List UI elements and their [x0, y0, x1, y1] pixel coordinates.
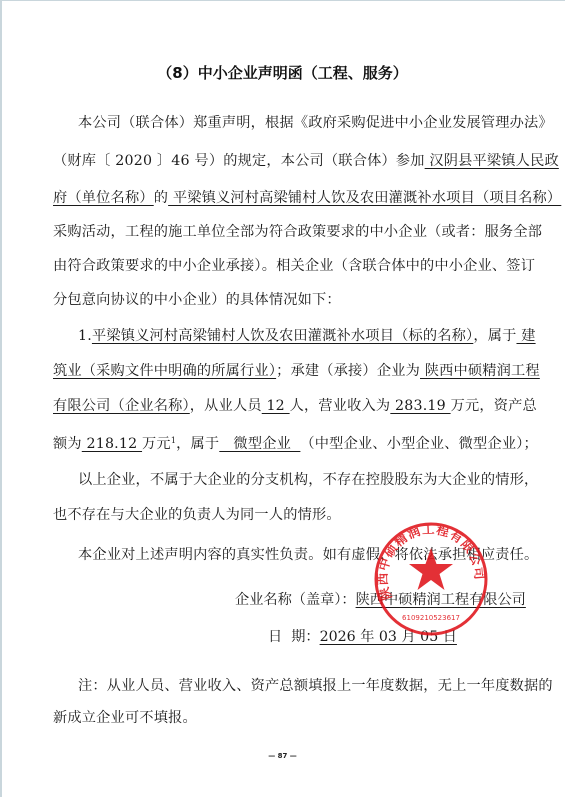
assets-value: 218.12	[82, 436, 142, 452]
date-value: 2026 年 03 月 05 日	[320, 629, 457, 645]
document-title: （8）中小企业声明函（工程、服务）	[0, 62, 565, 83]
paragraph-3: 本企业对上述声明内容的真实性负责。如有虚假，将依法承担相应责任。	[78, 545, 513, 565]
connector-text: 的	[154, 190, 168, 206]
paragraph-2-line-2: 也不存在与大企业的负责人为同一人的情形。	[53, 505, 513, 525]
paragraph-1-line-6: 分包意向协议的中小企业）的具体情况如下：	[53, 290, 513, 310]
industry-part1: 建	[516, 328, 535, 344]
date-label: 日 期：	[268, 629, 320, 645]
company-label: 企业名称（盖章）：	[235, 592, 356, 608]
item-number: 1.	[78, 328, 92, 344]
regulation-ref: （财库〔 2020 〕46 号）的规定，本公司（联合体）参加	[53, 153, 425, 169]
industry-part2: 筑业（采购文件中明确的所属行业）	[53, 363, 276, 379]
signature-company-line: 企业名称（盖章）：陕西中硕精润工程有限公司	[235, 590, 526, 610]
employees-unit: 人，营业收入为	[290, 398, 391, 414]
item-1-line-1: 1.平梁镇义河村高梁铺村人饮及农田灌溉补水项目（标的名称），属于 建	[78, 326, 513, 346]
paragraph-2-line-1: 以上企业，不属于大企业的分支机构，不存在控股股东为大企业的情形，	[78, 470, 513, 490]
assets-unit: 万元	[142, 436, 171, 452]
signature-date-line: 日 期：2026 年 03 月 05 日	[268, 627, 457, 647]
paragraph-1-line-1: 本公司（联合体）郑重声明，根据《政府采购促进中小企业发展管理办法》	[78, 113, 513, 133]
paragraph-1-line-2: （财库〔 2020 〕46 号）的规定，本公司（联合体）参加 汉阴县平梁镇人民政	[53, 151, 513, 171]
paragraph-1-line-4: 采购活动，工程的施工单位全部为符合政策要求的中小企业（或者：服务全部	[53, 222, 513, 242]
item-project-name: 平梁镇义河村高梁铺村人饮及农田灌溉补水项目（标的名称）	[92, 328, 473, 344]
note-line-1: 注：从业人员、营业收入、资产总额填报上一年度数据，无上一年度数据的	[78, 676, 513, 696]
revenue-unit: 万元，资产总	[451, 398, 537, 414]
item-1-line-4: 额为 218.12 万元1，属于 微型企业 （中型企业、小型企业、微型企业）；	[53, 431, 513, 454]
project-name: 平梁镇义河村高梁铺村人饮及农田灌溉补水项目（项目名称）	[168, 190, 561, 206]
company-name-part1: 陕西中硕精润工程	[420, 363, 540, 379]
employees-value: 12	[262, 398, 290, 414]
page-number: — 87 —	[0, 752, 565, 760]
note-line-2: 新成立企业可不填报。	[53, 708, 513, 728]
item-1-line-2: 筑业（采购文件中明确的所属行业）；承建（承接）企业为 陕西中硕精润工程	[53, 361, 513, 381]
assets-label: 额为	[53, 436, 82, 452]
enterprise-type-value: 微型企业	[219, 436, 300, 452]
paragraph-1-line-5: 由符合政策要求的中小企业承接）。相关企业（含联合体中的中小企业、签订	[53, 256, 513, 276]
enterprise-type-options: （中型企业、小型企业、微型企业）；	[300, 436, 538, 452]
company-value: 陕西中硕精润工程有限公司	[356, 592, 526, 608]
contractor-label: ；承建（承接）企业为	[276, 363, 420, 379]
employees-label: ，从业人员	[190, 398, 262, 414]
type-label: ，属于	[176, 436, 219, 452]
purchaser-name-part1: 汉阴县平梁镇人民政	[425, 153, 559, 169]
item-1-line-3: 有限公司（企业名称），从业人员 12 人，营业收入为 283.19 万元，资产总	[53, 396, 513, 416]
paragraph-1-line-3: 府（单位名称）的 平梁镇义河村高梁铺村人饮及农田灌溉补水项目（项目名称）	[53, 188, 513, 208]
company-name-part2: 有限公司（企业名称）	[53, 398, 190, 414]
belongs-label: ，属于	[473, 328, 516, 344]
revenue-value: 283.19	[390, 398, 450, 414]
purchaser-name-part2: 府（单位名称）	[53, 190, 154, 206]
